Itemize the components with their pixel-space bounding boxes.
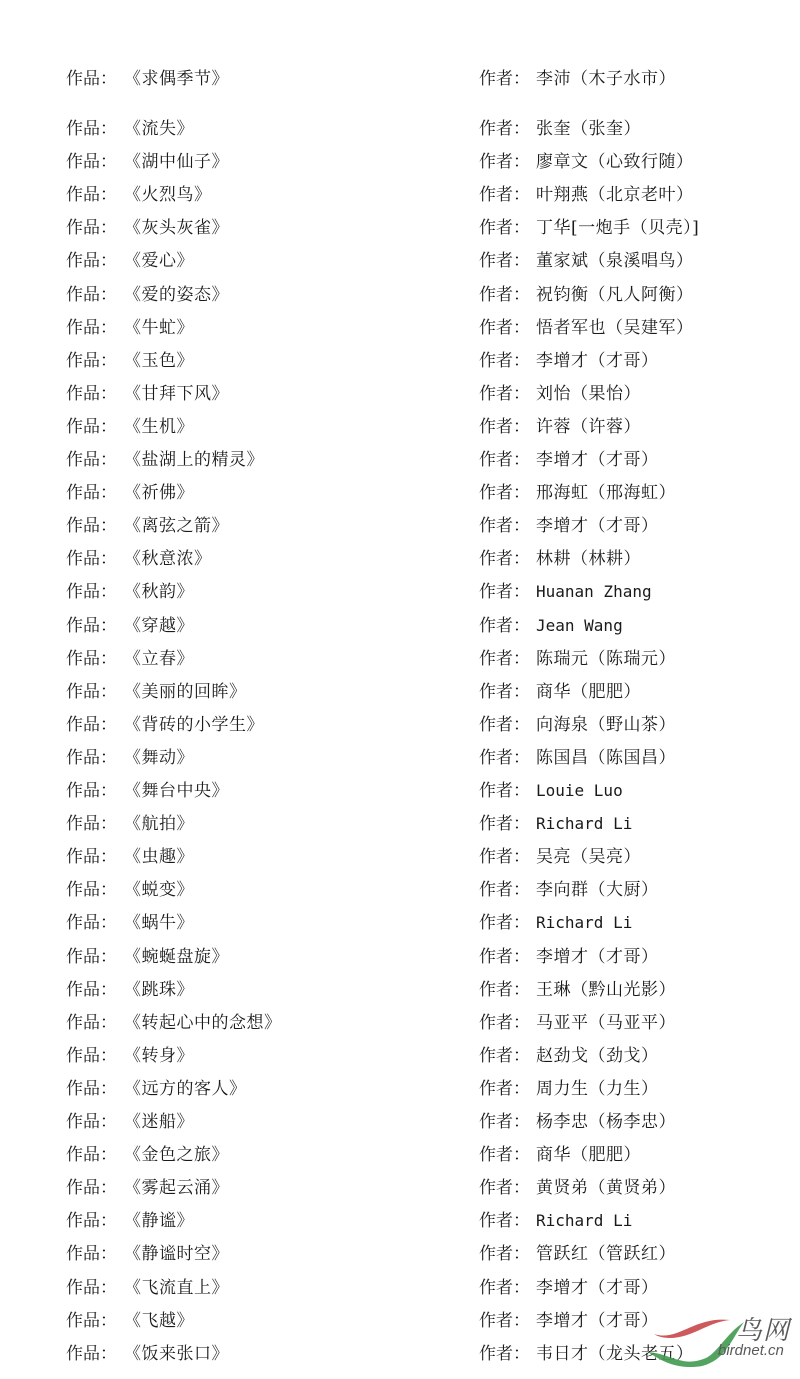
author-label: 作者： [479, 977, 530, 1003]
author-name: 丁华[一炮手（贝壳）] [536, 215, 699, 241]
list-item: 作品：《秋意浓》作者：林耕（林耕） [0, 546, 800, 572]
work-title: 《流失》 [124, 116, 194, 142]
work-label: 作品： [66, 1142, 117, 1168]
author-name: 李增才（才哥） [536, 513, 659, 539]
work-title: 《生机》 [124, 414, 194, 440]
work-title: 《立春》 [124, 646, 194, 672]
author-name: 董家斌（泉溪唱鸟） [536, 248, 694, 274]
work-title: 《跳珠》 [124, 977, 194, 1003]
author-label: 作者： [479, 1175, 530, 1201]
work-title: 《飞流直上》 [124, 1275, 229, 1301]
author-name: Richard Li [536, 811, 632, 837]
author-label: 作者： [479, 613, 530, 639]
work-label: 作品： [66, 1241, 117, 1267]
work-title: 《火烈鸟》 [124, 182, 212, 208]
list-item: 作品：《美丽的回眸》作者：商华（肥肥） [0, 679, 800, 705]
author-label: 作者： [479, 1010, 530, 1036]
author-name: Richard Li [536, 1208, 632, 1234]
work-title: 《美丽的回眸》 [124, 679, 247, 705]
author-name: Jean Wang [536, 613, 623, 639]
author-name: Huanan Zhang [536, 579, 652, 605]
work-label: 作品： [66, 944, 117, 970]
author-label: 作者： [479, 116, 530, 142]
list-item: 作品：《跳珠》作者：王琳（黔山光影） [0, 977, 800, 1003]
author-label: 作者： [479, 348, 530, 374]
work-label: 作品： [66, 1010, 117, 1036]
list-item: 作品：《牛虻》作者：悟者军也（吴建军） [0, 315, 800, 341]
author-name: 商华（肥肥） [536, 1142, 641, 1168]
author-label: 作者： [479, 1043, 530, 1069]
work-label: 作品： [66, 1175, 117, 1201]
list-item: 作品：《舞动》作者：陈国昌（陈国昌） [0, 745, 800, 771]
author-label: 作者： [479, 480, 530, 506]
list-item: 作品：《秋韵》作者：Huanan Zhang [0, 579, 800, 605]
list-item: 作品：《雾起云涌》作者：黄贤弟（黄贤弟） [0, 1175, 800, 1201]
author-name: 黄贤弟（黄贤弟） [536, 1175, 676, 1201]
work-label: 作品： [66, 910, 117, 936]
work-label: 作品： [66, 513, 117, 539]
author-label: 作者： [479, 811, 530, 837]
list-item: 作品：《饭来张口》作者：韦日才（龙头老五） [0, 1341, 800, 1367]
list-item: 作品：《盐湖上的精灵》作者：李增才（才哥） [0, 447, 800, 473]
author-label: 作者： [479, 778, 530, 804]
author-name: 廖章文（心致行随） [536, 149, 694, 175]
list-item: 作品：《生机》作者：许蓉（许蓉） [0, 414, 800, 440]
work-title: 《航拍》 [124, 811, 194, 837]
author-label: 作者： [479, 910, 530, 936]
list-item: 作品：《静谧时空》作者：管跃红（管跃红） [0, 1241, 800, 1267]
work-title: 《爱的姿态》 [124, 282, 229, 308]
list-item: 作品：《静谧》作者：Richard Li [0, 1208, 800, 1234]
author-name: 刘怡（果怡） [536, 381, 641, 407]
work-label: 作品： [66, 414, 117, 440]
author-name: 赵劲戈（劲戈） [536, 1043, 659, 1069]
list-item: 作品：《蜗牛》作者：Richard Li [0, 910, 800, 936]
author-label: 作者： [479, 1142, 530, 1168]
list-item: 作品：《流失》作者：张奎（张奎） [0, 116, 800, 142]
work-title: 《舞动》 [124, 745, 194, 771]
work-label: 作品： [66, 646, 117, 672]
author-name: 李增才（才哥） [536, 944, 659, 970]
author-label: 作者： [479, 1275, 530, 1301]
author-label: 作者： [479, 1208, 530, 1234]
author-name: 李增才（才哥） [536, 1275, 659, 1301]
work-title: 《远方的客人》 [124, 1076, 247, 1102]
work-label: 作品： [66, 546, 117, 572]
work-label: 作品： [66, 381, 117, 407]
work-label: 作品： [66, 447, 117, 473]
author-name: 李向群（大厨） [536, 877, 659, 903]
list-item: 作品：《蜿蜒盘旋》作者：李增才（才哥） [0, 944, 800, 970]
author-name: 马亚平（马亚平） [536, 1010, 676, 1036]
author-label: 作者： [479, 877, 530, 903]
author-label: 作者： [479, 679, 530, 705]
author-label: 作者： [479, 844, 530, 870]
work-label: 作品： [66, 877, 117, 903]
work-label: 作品： [66, 1341, 117, 1367]
award-list-document: 作品：《求偶季节》作者：李沛（木子水市）作品：《流失》作者：张奎（张奎）作品：《… [0, 0, 800, 1379]
work-title: 《湖中仙子》 [124, 149, 229, 175]
author-name: 管跃红（管跃红） [536, 1241, 676, 1267]
work-title: 《饭来张口》 [124, 1341, 229, 1367]
list-item: 作品：《金色之旅》作者：商华（肥肥） [0, 1142, 800, 1168]
author-name: 祝钧衡（凡人阿衡） [536, 282, 694, 308]
author-label: 作者： [479, 381, 530, 407]
work-title: 《离弦之箭》 [124, 513, 229, 539]
author-name: 杨李忠（杨李忠） [536, 1109, 676, 1135]
work-title: 《盐湖上的精灵》 [124, 447, 264, 473]
author-name: 商华（肥肥） [536, 679, 641, 705]
list-item: 作品：《转起心中的念想》作者：马亚平（马亚平） [0, 1010, 800, 1036]
author-name: 韦日才（龙头老五） [536, 1341, 694, 1367]
work-label: 作品： [66, 1076, 117, 1102]
work-label: 作品： [66, 248, 117, 274]
list-item: 作品：《爱的姿态》作者：祝钧衡（凡人阿衡） [0, 282, 800, 308]
list-item: 作品：《蜕变》作者：李向群（大厨） [0, 877, 800, 903]
list-item: 作品：《飞越》作者：李增才（才哥） [0, 1308, 800, 1334]
work-label: 作品： [66, 182, 117, 208]
work-label: 作品： [66, 116, 117, 142]
work-title: 《牛虻》 [124, 315, 194, 341]
author-label: 作者： [479, 1109, 530, 1135]
work-label: 作品： [66, 480, 117, 506]
list-item: 作品：《飞流直上》作者：李增才（才哥） [0, 1275, 800, 1301]
author-label: 作者： [479, 1341, 530, 1367]
author-name: 周力生（力生） [536, 1076, 659, 1102]
author-label: 作者： [479, 1308, 530, 1334]
work-title: 《蜿蜒盘旋》 [124, 944, 229, 970]
work-title: 《祈佛》 [124, 480, 194, 506]
author-name: Louie Luo [536, 778, 623, 804]
work-label: 作品： [66, 1275, 117, 1301]
author-label: 作者： [479, 149, 530, 175]
list-item: 作品：《远方的客人》作者：周力生（力生） [0, 1076, 800, 1102]
work-label: 作品： [66, 844, 117, 870]
author-name: 陈国昌（陈国昌） [536, 745, 676, 771]
author-name: 林耕（林耕） [536, 546, 641, 572]
list-item: 作品：《离弦之箭》作者：李增才（才哥） [0, 513, 800, 539]
list-item: 作品：《祈佛》作者：邢海虹（邢海虹） [0, 480, 800, 506]
work-title: 《秋韵》 [124, 579, 194, 605]
work-label: 作品： [66, 282, 117, 308]
work-title: 《舞台中央》 [124, 778, 229, 804]
work-label: 作品： [66, 811, 117, 837]
list-item: 作品：《湖中仙子》作者：廖章文（心致行随） [0, 149, 800, 175]
list-item: 作品：《舞台中央》作者：Louie Luo [0, 778, 800, 804]
work-title: 《迷船》 [124, 1109, 194, 1135]
author-name: 王琳（黔山光影） [536, 977, 676, 1003]
author-name: 李增才（才哥） [536, 348, 659, 374]
author-label: 作者： [479, 282, 530, 308]
author-label: 作者： [479, 1076, 530, 1102]
work-label: 作品： [66, 613, 117, 639]
work-label: 作品： [66, 745, 117, 771]
work-title: 《爱心》 [124, 248, 194, 274]
list-item: 作品：《航拍》作者：Richard Li [0, 811, 800, 837]
author-name: 叶翔燕（北京老叶） [536, 182, 694, 208]
work-title: 《虫趣》 [124, 844, 194, 870]
list-item: 作品：《迷船》作者：杨李忠（杨李忠） [0, 1109, 800, 1135]
author-label: 作者： [479, 1241, 530, 1267]
author-label: 作者： [479, 447, 530, 473]
work-label: 作品： [66, 977, 117, 1003]
work-title: 《求偶季节》 [124, 66, 229, 92]
work-label: 作品： [66, 579, 117, 605]
list-item: 作品：《玉色》作者：李增才（才哥） [0, 348, 800, 374]
work-label: 作品： [66, 1208, 117, 1234]
list-item: 作品：《穿越》作者：Jean Wang [0, 613, 800, 639]
work-label: 作品： [66, 315, 117, 341]
work-label: 作品： [66, 66, 117, 92]
list-item: 作品：《火烈鸟》作者：叶翔燕（北京老叶） [0, 182, 800, 208]
work-title: 《穿越》 [124, 613, 194, 639]
author-label: 作者： [479, 182, 530, 208]
author-label: 作者： [479, 546, 530, 572]
work-label: 作品： [66, 149, 117, 175]
author-name: 李增才（才哥） [536, 1308, 659, 1334]
author-name: 李沛（木子水市） [536, 66, 676, 92]
work-label: 作品： [66, 215, 117, 241]
work-label: 作品： [66, 1043, 117, 1069]
author-label: 作者： [479, 579, 530, 605]
work-title: 《金色之旅》 [124, 1142, 229, 1168]
work-label: 作品： [66, 1109, 117, 1135]
author-name: 李增才（才哥） [536, 447, 659, 473]
work-title: 《雾起云涌》 [124, 1175, 229, 1201]
work-label: 作品： [66, 778, 117, 804]
author-name: 向海泉（野山茶） [536, 712, 676, 738]
work-title: 《甘拜下风》 [124, 381, 229, 407]
author-label: 作者： [479, 215, 530, 241]
author-label: 作者： [479, 712, 530, 738]
work-label: 作品： [66, 679, 117, 705]
author-name: 邢海虹（邢海虹） [536, 480, 676, 506]
author-name: 许蓉（许蓉） [536, 414, 641, 440]
author-name: 悟者军也（吴建军） [536, 315, 694, 341]
author-label: 作者： [479, 646, 530, 672]
list-item: 作品：《背砖的小学生》作者：向海泉（野山茶） [0, 712, 800, 738]
author-label: 作者： [479, 513, 530, 539]
work-title: 《灰头灰雀》 [124, 215, 229, 241]
author-name: Richard Li [536, 910, 632, 936]
list-item: 作品：《灰头灰雀》作者：丁华[一炮手（贝壳）] [0, 215, 800, 241]
work-label: 作品： [66, 1308, 117, 1334]
list-item: 作品：《求偶季节》作者：李沛（木子水市） [0, 66, 800, 92]
author-label: 作者： [479, 248, 530, 274]
author-name: 吴亮（吴亮） [536, 844, 641, 870]
author-label: 作者： [479, 66, 530, 92]
author-label: 作者： [479, 944, 530, 970]
work-title: 《转起心中的念想》 [124, 1010, 282, 1036]
list-item: 作品：《转身》作者：赵劲戈（劲戈） [0, 1043, 800, 1069]
list-item: 作品：《甘拜下风》作者：刘怡（果怡） [0, 381, 800, 407]
work-title: 《飞越》 [124, 1308, 194, 1334]
work-title: 《玉色》 [124, 348, 194, 374]
work-title: 《背砖的小学生》 [124, 712, 264, 738]
author-label: 作者： [479, 414, 530, 440]
work-label: 作品： [66, 712, 117, 738]
list-item: 作品：《爱心》作者：董家斌（泉溪唱鸟） [0, 248, 800, 274]
list-item: 作品：《立春》作者：陈瑞元（陈瑞元） [0, 646, 800, 672]
author-label: 作者： [479, 745, 530, 771]
list-item: 作品：《虫趣》作者：吴亮（吴亮） [0, 844, 800, 870]
author-name: 张奎（张奎） [536, 116, 641, 142]
work-label: 作品： [66, 348, 117, 374]
work-title: 《静谧》 [124, 1208, 194, 1234]
work-title: 《蜗牛》 [124, 910, 194, 936]
work-title: 《蜕变》 [124, 877, 194, 903]
author-label: 作者： [479, 315, 530, 341]
work-title: 《转身》 [124, 1043, 194, 1069]
author-name: 陈瑞元（陈瑞元） [536, 646, 676, 672]
work-title: 《秋意浓》 [124, 546, 212, 572]
work-title: 《静谧时空》 [124, 1241, 229, 1267]
